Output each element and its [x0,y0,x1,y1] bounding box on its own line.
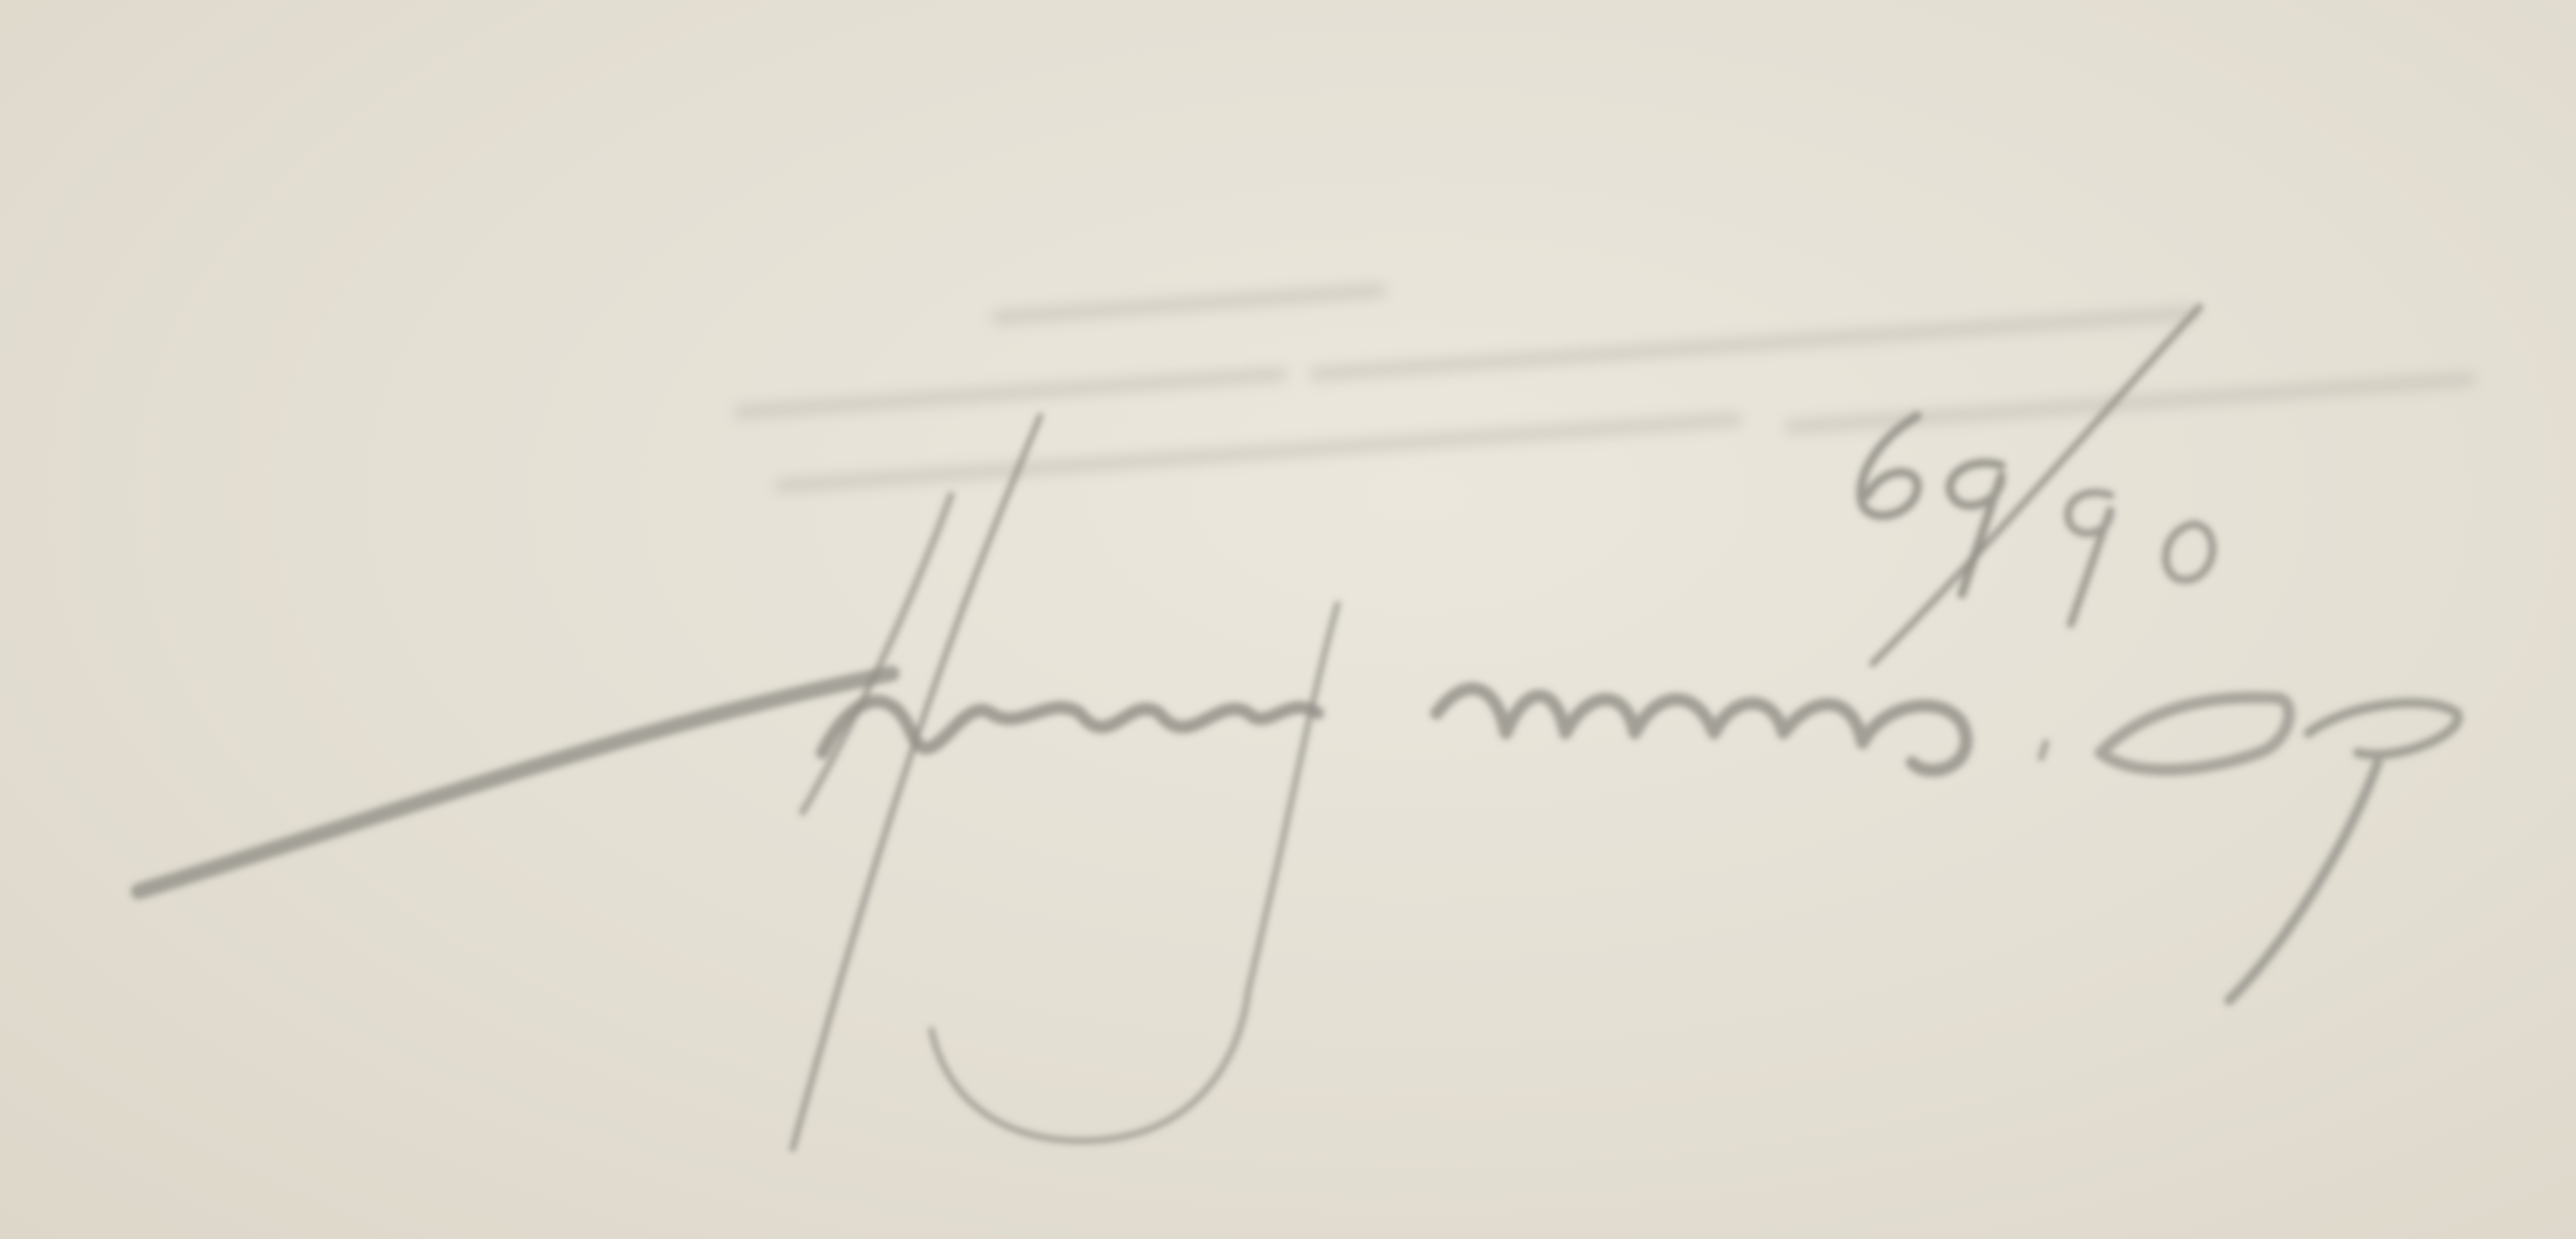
signature-h-stroke [793,416,1040,1149]
edition-digit-6 [1861,416,1917,516]
photograph: 69/90 Hangmans '09 [0,0,2576,1239]
edition-digit-0 [2166,524,2212,579]
signature-lead-stroke [139,673,892,891]
year-apostrophe [2041,743,2046,758]
signature-loop-stroke [931,604,1338,1141]
pencil-marks [0,0,2576,1239]
signature-body [822,701,1318,753]
edition-digit-9b [2068,492,2110,624]
year-digit-0 [2100,697,2289,770]
